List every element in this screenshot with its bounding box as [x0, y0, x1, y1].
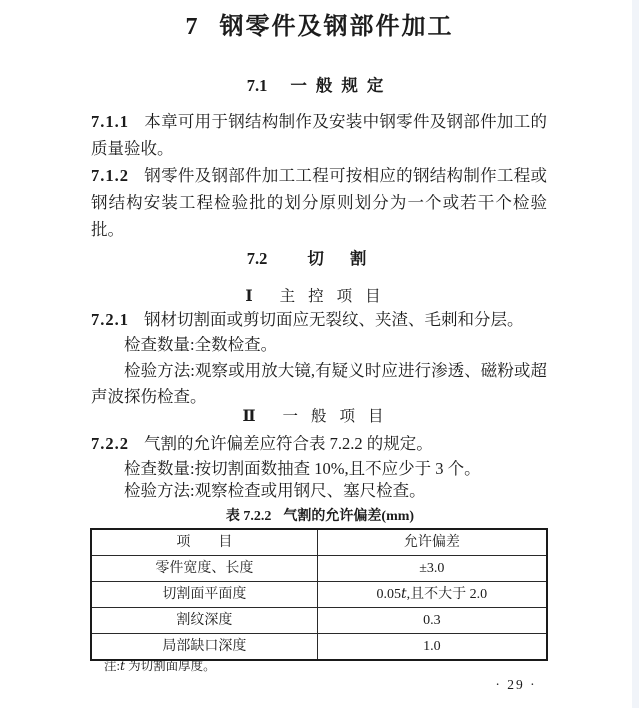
clause-number: 7.1.1: [91, 112, 129, 131]
inspection-quantity-7-2-1: 检查数量:全数检查。: [91, 332, 547, 358]
section-title: 一般规定: [290, 76, 392, 95]
section-number: 7.1: [247, 76, 268, 95]
inspection-method-7-2-1: 检验方法:观察或用放大镜,有疑义时应进行渗透、磁粉或超声波探伤检查。: [91, 358, 547, 410]
subsection-title: 主控项目: [280, 288, 394, 305]
scan-page-edge: [632, 0, 639, 708]
inspection-method-7-2-2: 检验方法:观察检查或用钢尺、塞尺检查。: [91, 478, 547, 504]
item-cell: 切割面平面度: [91, 582, 317, 608]
section-heading-7-1: 7.1一般规定: [92, 72, 547, 96]
subsection-heading-main-items: Ⅰ主控项目: [92, 284, 547, 306]
clause-text: 本章可用于钢结构制作及安装中钢零件及钢部件加工的质量验收。: [91, 112, 547, 158]
table-row: 切割面平面度 0.05t,且不大于 2.0: [91, 582, 547, 608]
clause-number: 7.1.2: [91, 166, 129, 185]
clause-text: 钢材切割面或剪切面应无裂纹、夹渣、毛刺和分层。: [144, 310, 524, 329]
subsection-heading-general-items: Ⅱ一般项目: [92, 404, 547, 426]
tolerance-table: 项 目 允许偏差 零件宽度、长度 ±3.0 切割面平面度 0.05t,且不大于 …: [90, 528, 548, 661]
section-title: 切割: [307, 249, 392, 268]
roman-numeral: Ⅱ: [242, 408, 255, 425]
chapter-title: 钢零件及钢部件加工: [220, 14, 454, 40]
clause-number: 7.2.2: [91, 434, 129, 453]
chapter-number: 7: [186, 14, 198, 40]
item-cell: 局部缺口深度: [91, 634, 317, 661]
table-footnote: 注:t 为切割面厚度。: [104, 658, 504, 674]
section-number: 7.2: [247, 249, 268, 268]
col-header-item: 项 目: [91, 529, 317, 556]
note-prefix: 注:: [104, 659, 120, 673]
table-row: 局部缺口深度 1.0: [91, 634, 547, 661]
table-row: 零件宽度、长度 ±3.0: [91, 556, 547, 582]
clause-text: 气割的允许偏差应符合表 7.2.2 的规定。: [144, 434, 433, 453]
tolerance-value-prefix: 0.05: [377, 587, 402, 602]
item-cell: 割纹深度: [91, 608, 317, 634]
tolerance-value-suffix: ,且不大于 2.0: [407, 587, 488, 602]
clause-number: 7.2.1: [91, 310, 129, 329]
clause-7-2-2: 7.2.2气割的允许偏差应符合表 7.2.2 的规定。: [91, 430, 547, 457]
tolerance-cell: 0.3: [317, 608, 547, 634]
col-header-tolerance: 允许偏差: [317, 529, 547, 556]
clause-7-2-1: 7.2.1钢材切割面或剪切面应无裂纹、夹渣、毛刺和分层。: [91, 306, 547, 333]
chapter-heading: 7钢零件及钢部件加工: [0, 6, 639, 41]
table-header-row: 项 目 允许偏差: [91, 529, 547, 556]
note-text: 为切割面厚度。: [125, 659, 216, 673]
section-heading-7-2: 7.2切割: [92, 245, 547, 269]
table-row: 割纹深度 0.3: [91, 608, 547, 634]
tolerance-cell: 1.0: [317, 634, 547, 661]
roman-numeral: Ⅰ: [245, 288, 252, 305]
clause-text: 钢零件及钢部件加工工程可按相应的钢结构制作工程或钢结构安装工程检验批的划分原则划…: [91, 166, 547, 239]
table-number: 表 7.2.2: [226, 509, 272, 524]
clause-7-1-1: 7.1.1本章可用于钢结构制作及安装中钢零件及钢部件加工的质量验收。: [91, 108, 547, 162]
clause-7-1-2: 7.1.2钢零件及钢部件加工工程可按相应的钢结构制作工程或钢结构安装工程检验批的…: [91, 162, 547, 243]
table-caption: 表 7.2.2气割的允许偏差(mm): [92, 505, 548, 525]
tolerance-cell: 0.05t,且不大于 2.0: [317, 582, 547, 608]
item-cell: 零件宽度、长度: [91, 556, 317, 582]
subsection-title: 一般项目: [283, 408, 397, 425]
table-title: 气割的允许偏差(mm): [283, 509, 414, 524]
page-number: · 29 ·: [486, 677, 546, 693]
tolerance-cell: ±3.0: [317, 556, 547, 582]
